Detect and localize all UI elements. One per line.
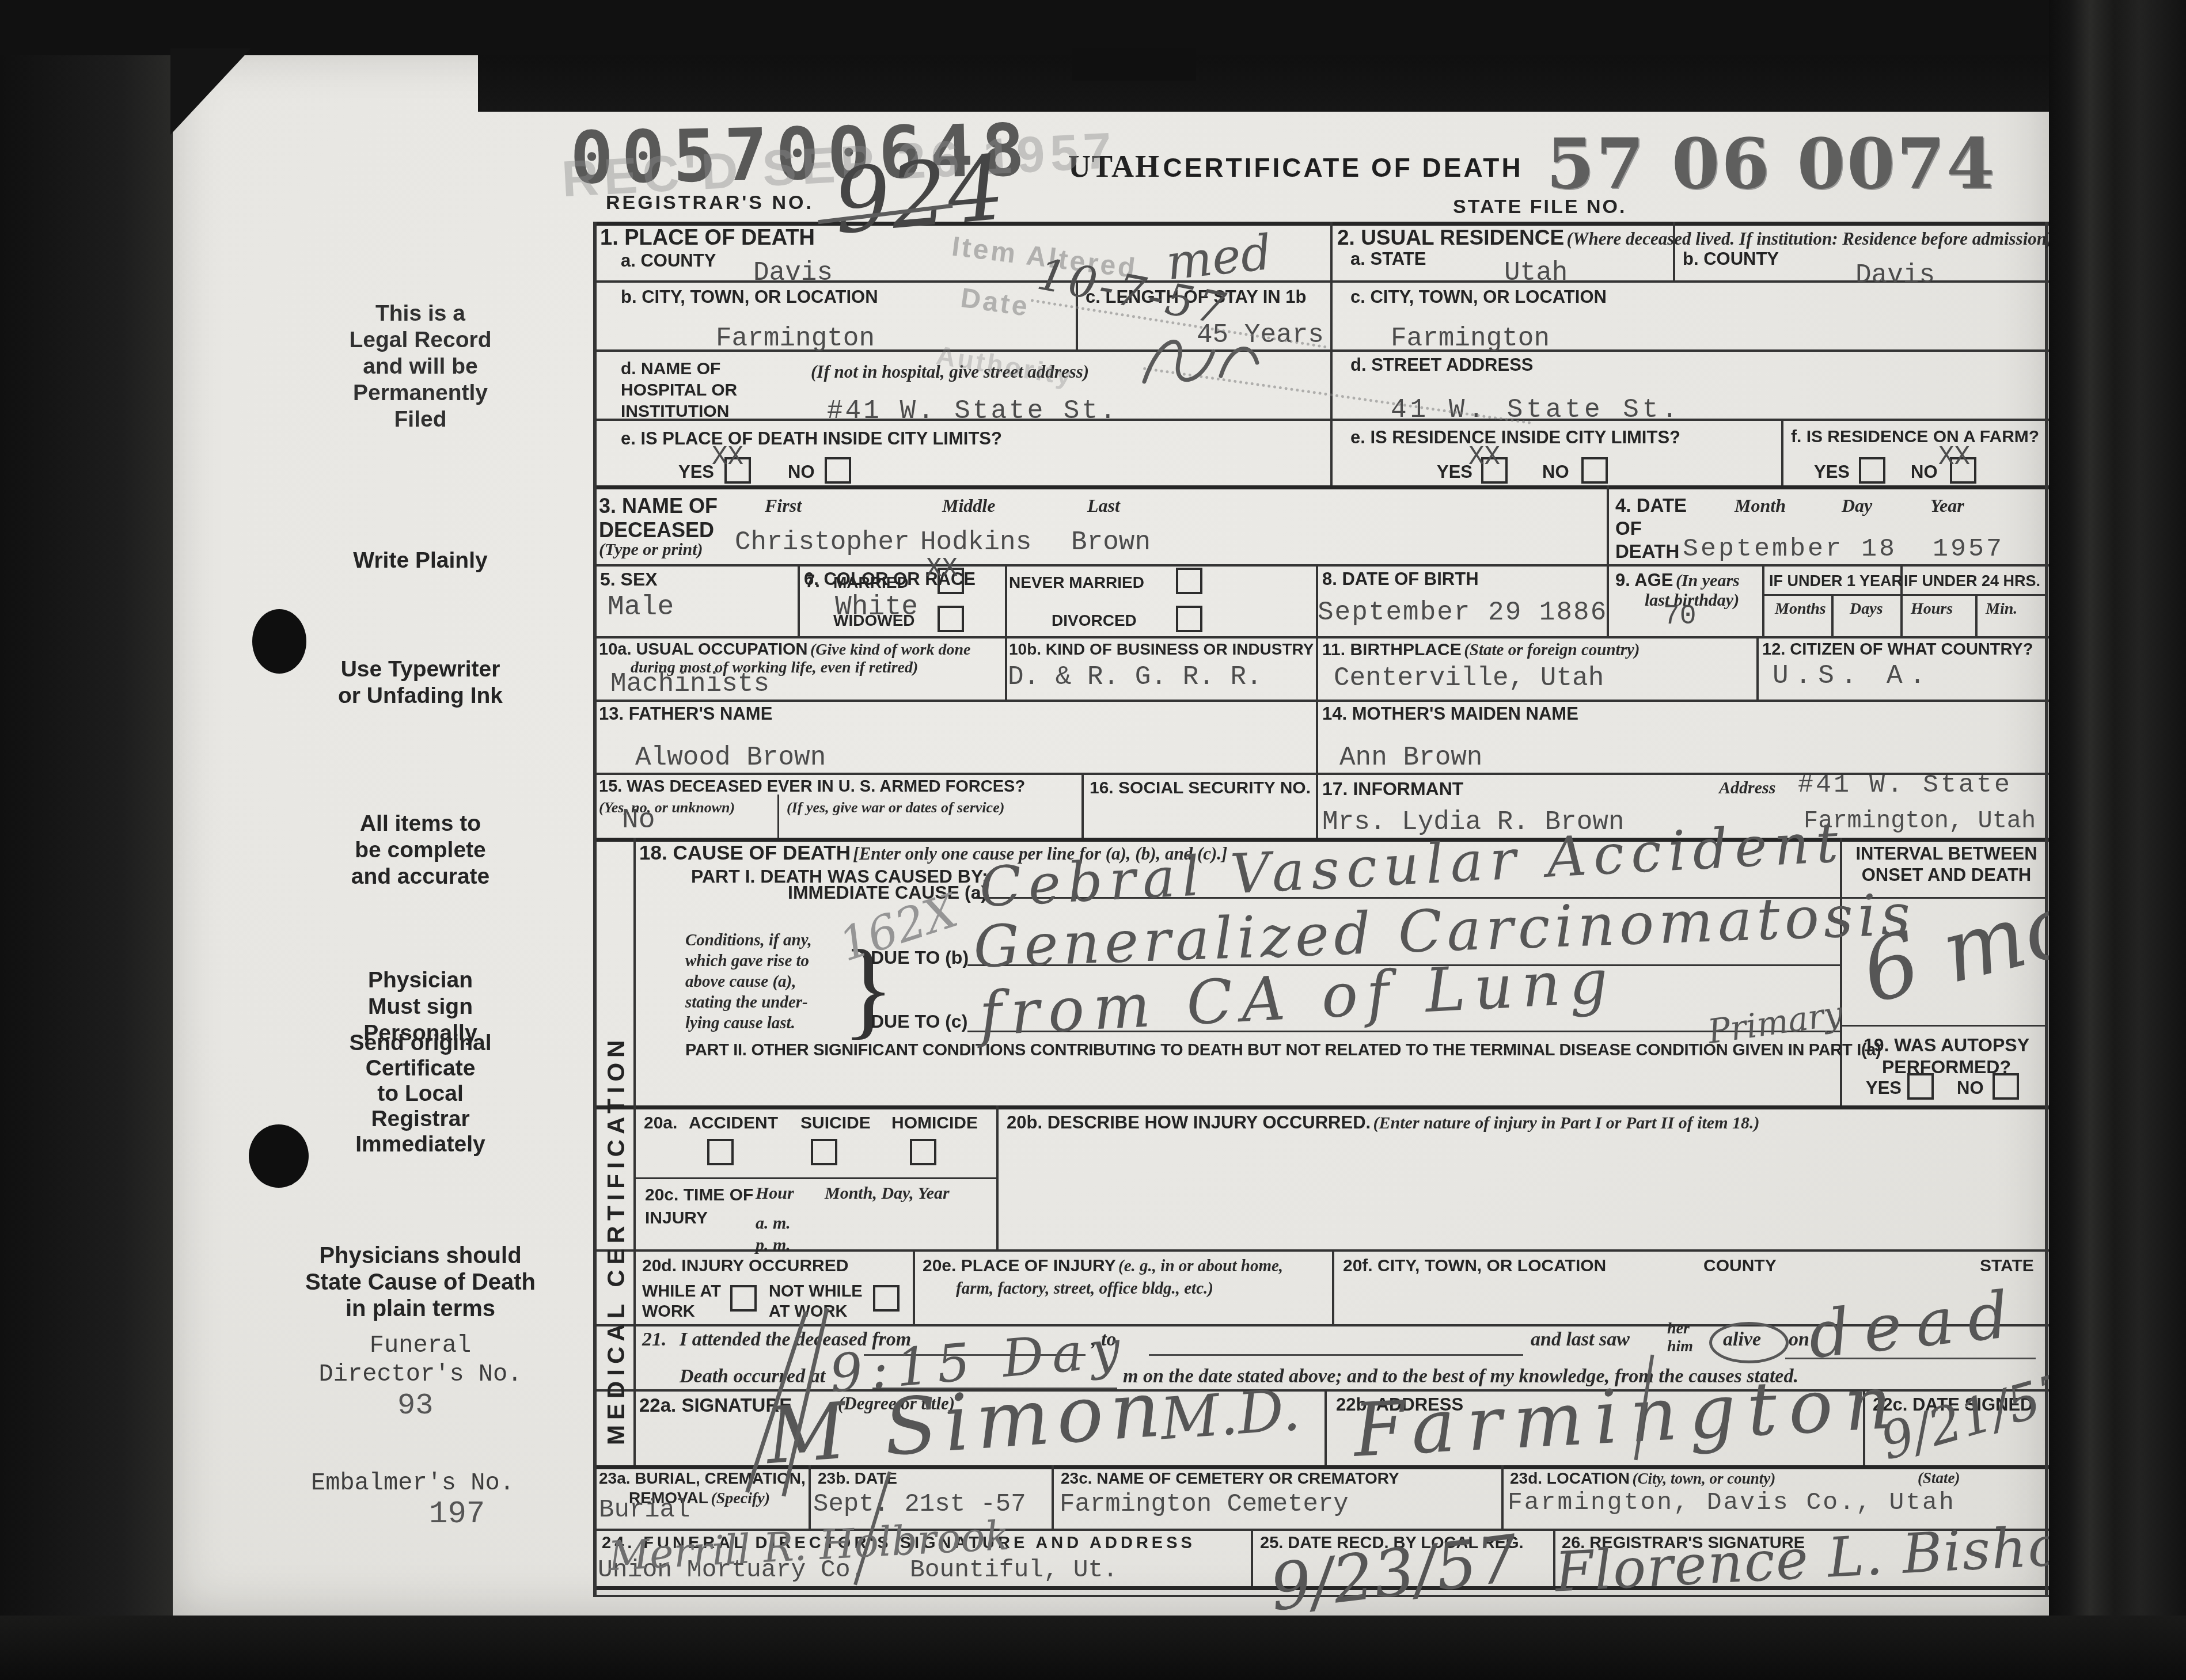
item5-value: Male [608,592,674,623]
margin-note-write-plainly: Write Plainly [271,548,570,573]
item18-part2-label: PART II. OTHER SIGNIFICANT CONDITIONS CO… [685,1041,1881,1060]
grid-line [593,700,2049,702]
item5-title: 5. SEX [600,569,658,590]
item1e-yes-label: YES [678,462,714,482]
item4-year-label: Year [1930,495,1964,516]
item9-title: 9. AGE [1615,570,1673,590]
item9-hours-label: Hours [1911,600,1953,618]
margin-note-legal-record: This is a Legal Record and will be Perma… [271,301,570,433]
item4-month-label: Month [1735,495,1786,516]
checkbox-7-widowed [938,606,964,632]
item7-divorced-label: DIVORCED [1052,611,1137,630]
checkbox-20a-homicide [910,1139,936,1165]
item3-last-label: Last [1087,495,1120,516]
item15-hint2: (If yes, give war or dates of service) [787,799,1004,816]
state-file-number-stamp: 57 06 0074 [1546,123,1997,204]
item19-no-label: NO [1957,1078,1984,1099]
grid-line [593,485,2049,489]
grid-line [1251,1529,1253,1586]
item19-title: 19. WAS AUTOPSY PERFORMED? [1849,1034,2044,1078]
item1d-value: #41 W. State St. [827,396,1118,426]
grid-line [1501,1465,1504,1529]
checkbox-2f-yes [1859,457,1885,484]
item21-herhim-label: her him [1667,1320,1693,1355]
registrars-no-value: 924 [830,135,1009,254]
grid-line [1840,1025,2047,1027]
grid-line [1840,838,1842,1105]
item20c-hour-label: Hour [756,1184,794,1203]
grid-line [633,1177,996,1179]
item2f-yes-label: YES [1814,462,1850,482]
item3-last-value: Brown [1071,527,1151,557]
checkbox-2e-no [1581,457,1608,484]
grid-line [777,795,779,838]
item12-title: 12. CITIZEN OF WHAT COUNTRY? [1762,640,2033,659]
grid-line [1332,1249,1334,1324]
embalmers-no-label: Embalmer's No. [311,1469,514,1497]
item2b-value: Davis [1855,260,1935,290]
item19-yes-label: YES [1866,1078,1902,1099]
grid-line [1081,773,1084,838]
item20c-title: 20c. TIME OF INJURY [645,1184,753,1230]
item20e-title: 20e. PLACE OF INJURY [923,1256,1116,1275]
item21-no: 21. [642,1329,667,1351]
checkbox-20a-suicide [811,1139,837,1165]
item21-line2a: Death occurred at [680,1366,825,1388]
grid-line [593,419,2049,421]
item1b-label: b. CITY, TOWN, OR LOCATION [621,287,878,307]
item13-value: Alwood Brown [635,743,826,773]
item3-middle-value: Hodkins [920,527,1031,557]
item2f-no-label: NO [1911,462,1938,482]
item13-title: 13. FATHER'S NAME [599,704,772,724]
item3-hint: (Type or print) [599,540,703,560]
grid-line [593,222,2049,226]
item6-value: White [835,592,918,623]
item10a-value: Machinists [610,669,769,699]
item20a-no: 20a. [644,1113,677,1133]
item2-title: 2. USUAL RESIDENCE [1337,226,1564,249]
scan-left-edge [0,0,173,1680]
embalmers-no-value: 197 [429,1497,485,1532]
item9-value: 70 [1663,601,1697,632]
checkbox-7-divorced [1176,606,1202,632]
item11-hint: (State or foreign country) [1464,641,1639,659]
item18-immediate-label: IMMEDIATE CAUSE (a) [788,882,987,903]
item2e-no-label: NO [1542,462,1569,482]
checkbox-20d-notwhile [873,1285,900,1312]
checkbox-1e-no [825,457,851,484]
item3-first-label: First [765,495,802,516]
scan-top-notch [1072,48,1196,81]
item9-months-label: Months [1775,600,1826,618]
checkbox-19-yes [1907,1073,1934,1100]
scan-bottom-band [0,1616,2186,1680]
binding-edge [2049,0,2186,1680]
item9-under1-label: IF UNDER 1 YEAR [1769,572,1903,590]
item9-hint1: (In years [1676,571,1740,590]
item20a-suicide-label: SUICIDE [800,1113,871,1133]
item23d-title: 23d. LOCATION [1510,1469,1630,1487]
item10a-title: 10a. USUAL OCCUPATION [599,640,808,659]
item2f-label: f. IS RESIDENCE ON A FARM? [1791,427,2039,447]
item20a-homicide-label: HOMICIDE [891,1113,978,1133]
death-certificate-scan: 005700648 REC'D SEP 26 1957 UTAH CERTIFI… [0,0,2186,1680]
item2f-no-mark: XX [1938,442,1970,472]
item14-value: Ann Brown [1339,743,1482,773]
item21-blank-to [1149,1354,1523,1356]
item15-title: 15. WAS DECEASED EVER IN U. S. ARMED FOR… [599,777,1025,796]
item20f-county-label: COUNTY [1703,1256,1777,1276]
scan-top-band [0,0,2186,55]
grid-line [593,1249,2049,1252]
margin-note-plain-terms: Physicians should State Cause of Death i… [242,1242,599,1322]
item3-middle-label: Middle [942,495,995,516]
item2d-label: d. STREET ADDRESS [1350,355,1534,375]
item2a-label: a. STATE [1350,249,1426,269]
item18-title: 18. CAUSE OF DEATH [639,842,851,864]
grid-line [593,1105,2049,1109]
item20c-mdy-label: Month, Day, Year [825,1184,950,1203]
grid-line [593,222,597,1597]
item20f-title: 20f. CITY, TOWN, OR LOCATION [1343,1256,1606,1276]
funeral-directors-no-label: Funeral Director's No. [271,1331,570,1389]
item18-due-c-label: DUE TO (c) [871,1011,967,1032]
item1d-label: d. NAME OF HOSPITAL OR INSTITUTION [621,358,737,422]
grid-line [1756,636,1759,700]
item21-on-label: on [1789,1329,1809,1351]
item1a-label: a. COUNTY [621,250,716,271]
grid-line [1975,594,1978,636]
item17-address-label: Address [1719,778,1775,798]
grid-line [1052,1465,1054,1529]
item2-title-hint: (Where deceased lived. If institution: R… [1567,229,2053,249]
item22a-md-value: M.D. [1158,1376,1302,1453]
item16-title: 16. SOCIAL SECURITY NO. [1090,778,1311,798]
grid-line [1762,594,2047,596]
item18-conditions-label: Conditions, if any, which gave rise to a… [685,930,812,1033]
item20a-accident-label: ACCIDENT [689,1113,778,1133]
grid-line [913,1249,915,1324]
grid-line [798,564,800,636]
item23c-value: Farmington Cemetery [1060,1490,1349,1519]
item11-title: 11. BIRTHPLACE [1322,640,1462,659]
funeral-directors-no-value: 93 [397,1389,433,1423]
item4-day-label: Day [1842,495,1872,516]
item20c-am-label: a. m. [756,1214,791,1233]
authority-initials-scribble [1137,327,1270,396]
grid-line [1831,594,1834,636]
item4-value: September 18 1957 [1683,534,2004,564]
item20b-title: 20b. DESCRIBE HOW INJURY OCCURRED. [1007,1112,1371,1132]
item18-interval-label: INTERVAL BETWEEN ONSET AND DEATH [1849,843,2044,885]
item2b-label: b. COUNTY [1683,249,1779,269]
item9-min-label: Min. [1986,600,2017,618]
item20d-title: 20d. INJURY OCCURRED [642,1256,848,1276]
item2c-label: c. CITY, TOWN, OR LOCATION [1350,287,1607,307]
scan-top-band-2 [478,55,2186,112]
grid-line [1324,1389,1327,1465]
margin-note-complete-accurate: All items to be complete and accurate [271,811,570,890]
item7-no: 7. [805,571,820,592]
item1a-value: Davis [753,258,833,288]
item1b-value: Farmington [716,324,875,354]
item10b-title: 10b. KIND OF BUSINESS OR INDUSTRY [1009,640,1314,659]
item15-value: No [622,805,655,836]
checkbox-19-no [1993,1073,2019,1100]
item20e-hint2: farm, factory, street, office bldg., etc… [956,1279,1213,1298]
item20d-while-label: WHILE AT WORK [642,1282,721,1322]
item1e-no-label: NO [788,462,815,482]
margin-note-use-typewriter: Use Typewriter or Unfading Ink [253,656,587,709]
item23d-value: Farmington, Davis Co., Utah [1508,1488,1956,1516]
item23d-hint-state: (State) [1918,1469,1960,1487]
item10a-hint1: (Give kind of work done [810,641,970,659]
item1e-yes-mark: XX [712,442,743,472]
margin-note-send-original: Send original Certificate to Local Regis… [271,1031,570,1157]
item8-title: 8. DATE OF BIRTH [1322,569,1479,590]
title-certificate-of-death: CERTIFICATE OF DEATH [1163,153,1523,183]
checkbox-20d-while [730,1285,757,1312]
item2a-value: Utah [1504,258,1568,288]
grid-line [633,838,636,1465]
punch-hole-top [252,609,306,674]
item23d-hint: (City, town, or county) [1632,1470,1775,1487]
checkbox-7-never-married [1176,568,1202,594]
item2e-yes-label: YES [1437,462,1472,482]
item23c-title: 23c. NAME OF CEMETERY OR CREMATORY [1061,1469,1399,1488]
item20f-state-label: STATE [1980,1256,2034,1276]
item20e-hint1: (e. g., in or about home, [1118,1257,1283,1275]
item17-title: 17. INFORMANT [1322,778,1463,800]
item17-address-line1: #41 W. State [1798,770,2012,800]
item21-alive-circle [1709,1322,1789,1363]
item2e-yes-mark: XX [1468,442,1500,472]
grid-line [1330,222,1333,485]
item20c-pm-label: p. m. [756,1236,791,1255]
item1e-label: e. IS PLACE OF DEATH INSIDE CITY LIMITS? [621,428,1002,449]
item2e-label: e. IS RESIDENCE INSIDE CITY LIMITS? [1350,427,1680,448]
item10b-value: D. & R. G. R. R. [1008,662,1262,692]
item3-title: 3. NAME OF DECEASED [599,494,718,542]
item4-title: 4. DATE OF DEATH [1615,494,1687,563]
punch-hole-bottom [249,1124,309,1188]
item3-first-value: Christopher [735,527,910,557]
item7-married-mark: XX [926,554,958,584]
checkbox-20a-accident [707,1139,734,1165]
item23a-hint: (Specify) [711,1489,770,1507]
grid-line [1005,564,1007,700]
item8-value: September 29 1886 [1318,598,1607,628]
item20b-hint: (Enter nature of injury in Part I or Par… [1373,1113,1760,1132]
medical-certification-label: MEDICAL CERTIFICATION [602,1035,630,1445]
item1-title: 1. PLACE OF DEATH [600,226,815,250]
item2c-value: Farmington [1391,324,1550,354]
item7-married-label: MARRIED [833,573,909,592]
grid-line [1781,419,1783,485]
grid-line [1762,564,1764,636]
grid-line [593,636,2049,638]
item15-hint1: (Yes, no, or unknown) [599,799,735,816]
item11-value: Centerville, Utah [1334,663,1604,693]
item9-under24-label: IF UNDER 24 HRS. [1904,572,2040,590]
item14-title: 14. MOTHER'S MAIDEN NAME [1322,704,1578,724]
item20d-notwhile-label: NOT WHILE AT WORK [769,1282,863,1322]
item12-value: U.S. A. [1773,661,1932,691]
item7-never-married-label: NEVER MARRIED [1009,573,1144,592]
item23a-value: Burial [599,1496,690,1525]
grid-line [996,1105,999,1249]
grid-line [593,564,2049,567]
item21-line1c: and last saw [1531,1329,1630,1351]
item9-days-label: Days [1850,600,1883,618]
